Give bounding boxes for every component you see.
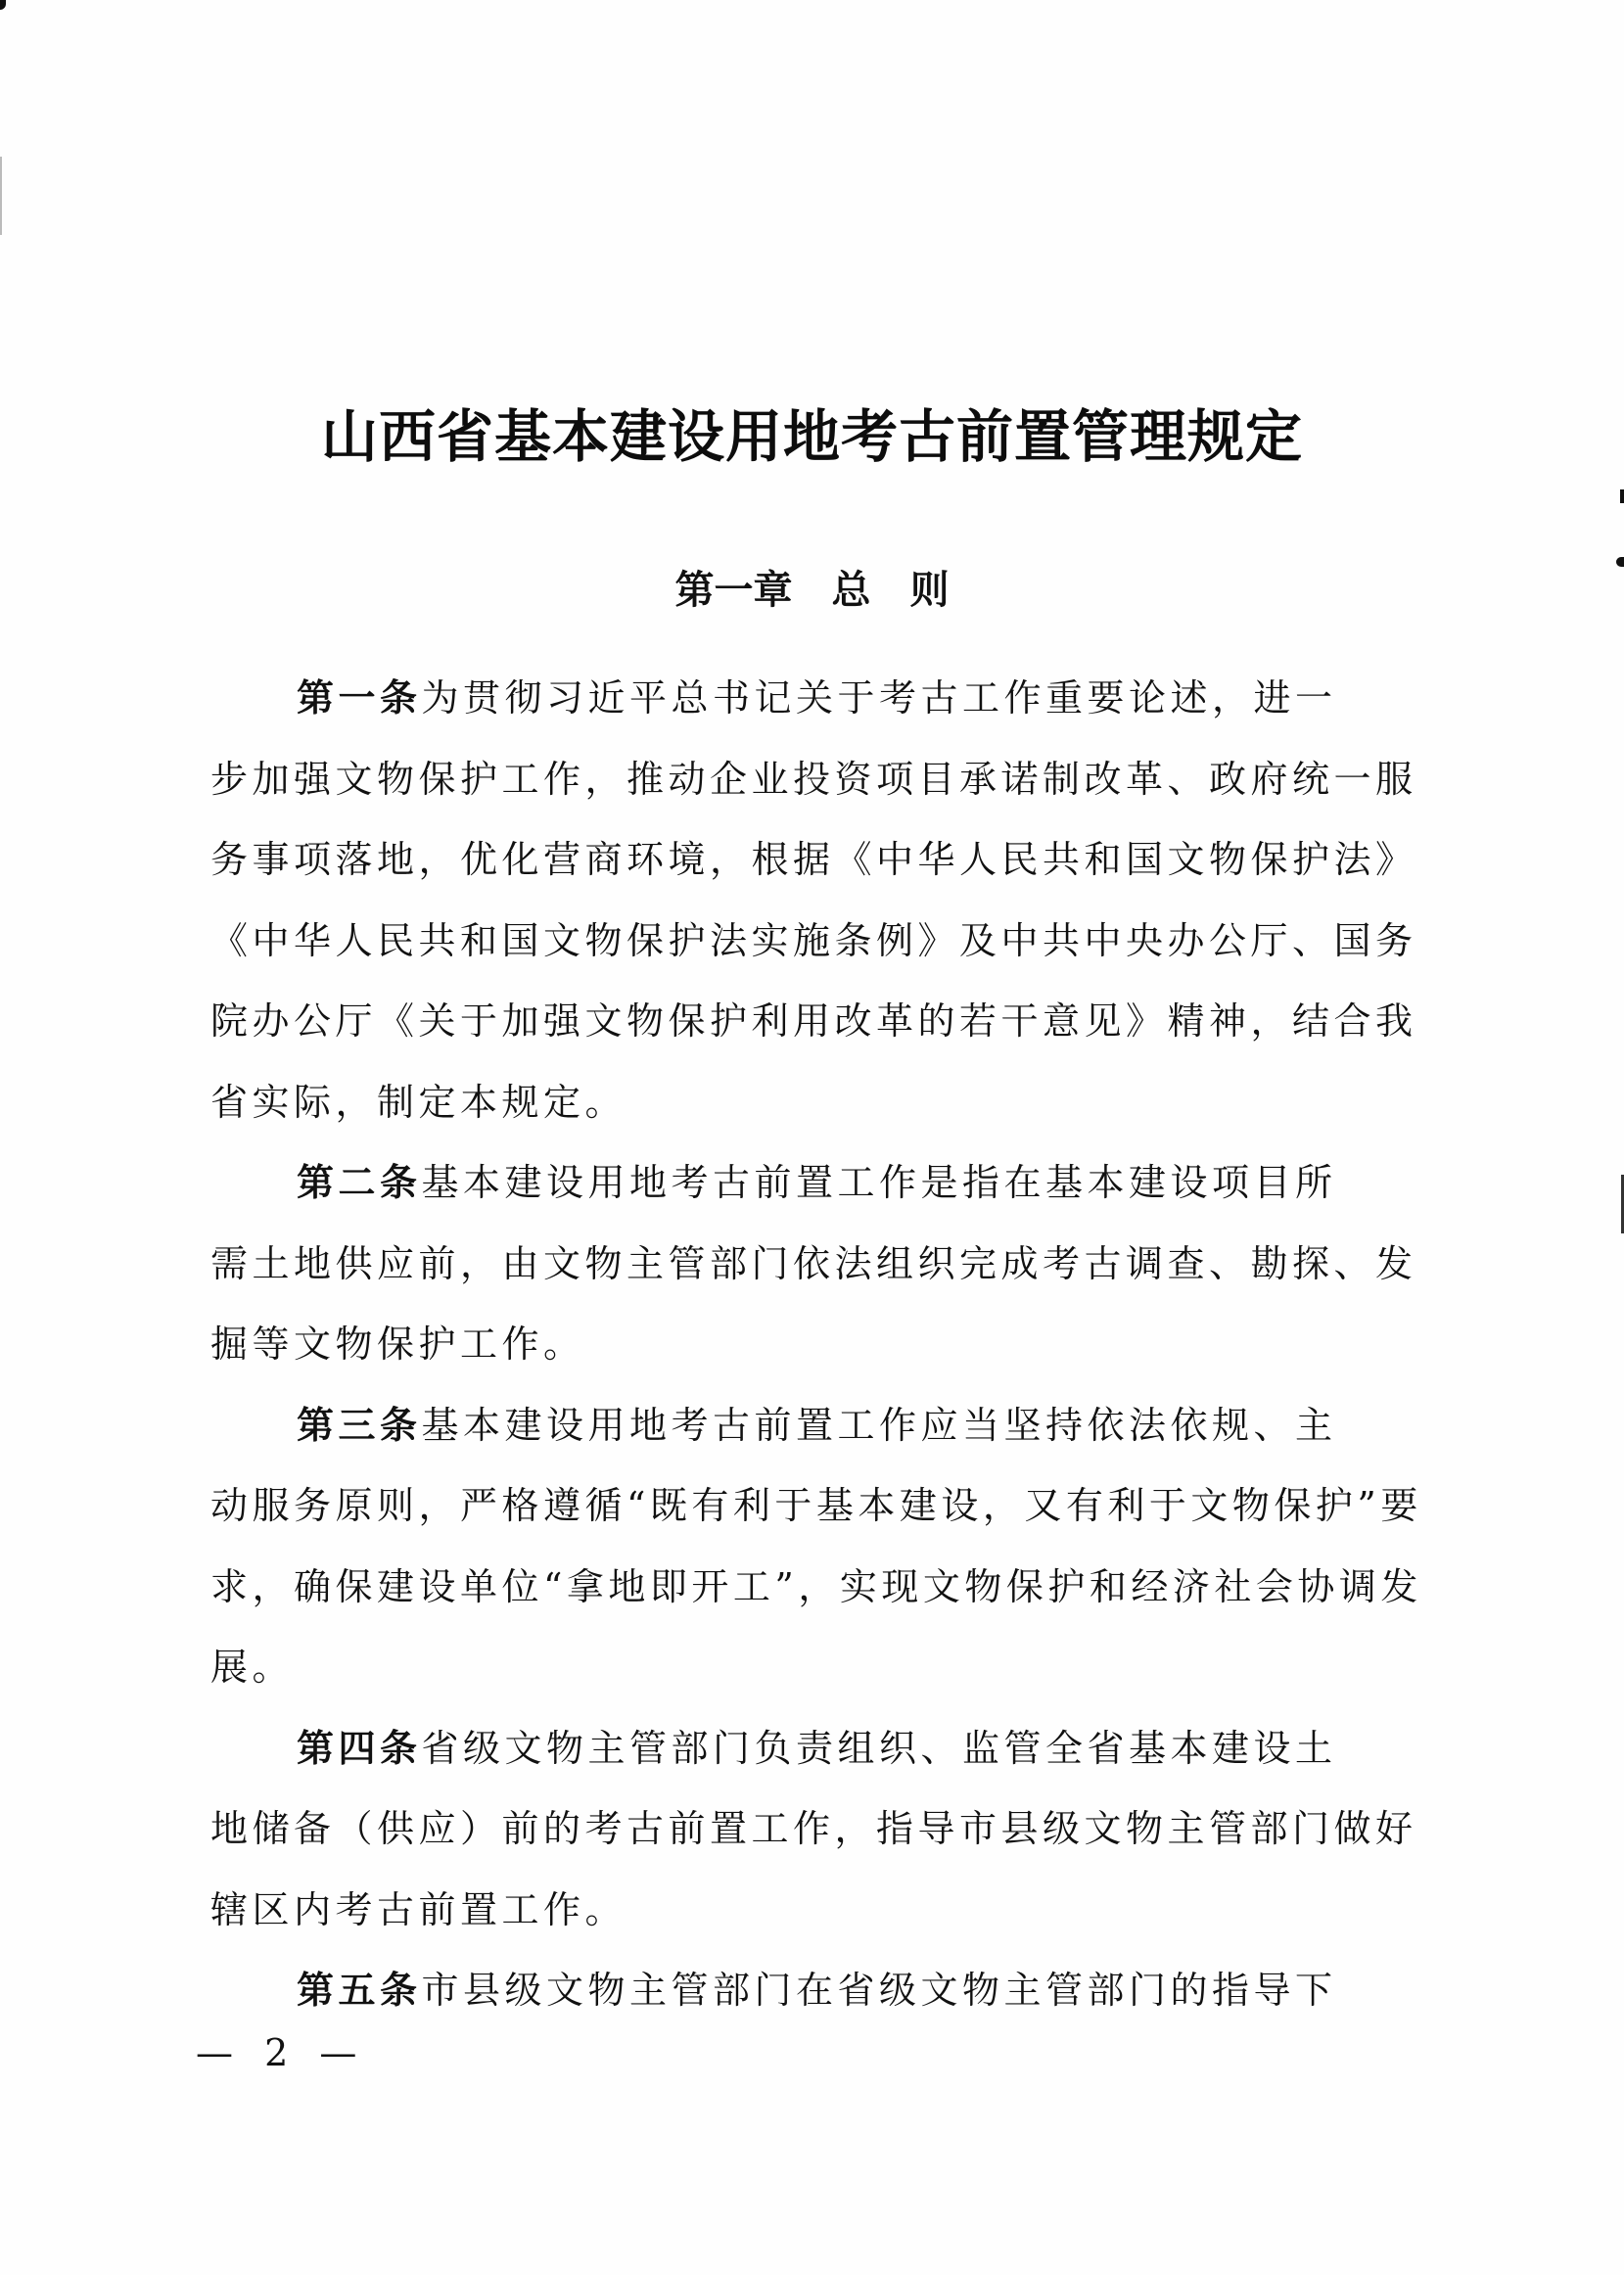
article-3: 第三条基本建设用地考古前置工作应当坚持依法依规、主 动服务原则，严格遵循“既有利… — [210, 1385, 1413, 1708]
document-page: 山西省基本建设用地考古前置管理规定 第一章总 则 第一条为贯彻习近平总书记关于考… — [0, 0, 1624, 2275]
article-line: 地储备（供应）前的考古前置工作，指导市县级文物主管部门做好 — [210, 1788, 1413, 1870]
article-2: 第二条基本建设用地考古前置工作是指在基本建设项目所 需土地供应前，由文物主管部门… — [210, 1142, 1413, 1385]
article-5: 第五条市县级文物主管部门在省级文物主管部门的指导下 — [210, 1950, 1413, 2031]
article-line: 第二条基本建设用地考古前置工作是指在基本建设项目所 — [210, 1142, 1413, 1224]
scan-artifact — [0, 157, 2, 235]
article-label: 第一条 — [297, 675, 422, 720]
article-line: 务事项落地，优化营商环境，根据《中华人民共和国文物保护法》 — [210, 819, 1413, 901]
document-title: 山西省基本建设用地考古前置管理规定 — [0, 402, 1624, 471]
article-4: 第四条省级文物主管部门负责组织、监管全省基本建设土 地储备（供应）前的考古前置工… — [210, 1708, 1413, 1951]
article-label: 第二条 — [297, 1160, 422, 1204]
chapter-number: 第一章 — [675, 568, 793, 613]
chapter-name: 总 则 — [832, 568, 950, 613]
article-line: 步加强文物保护工作，推动企业投资项目承诺制改革、政府统一服 — [210, 739, 1413, 820]
article-line: 动服务原则，严格遵循“既有利于基本建设，又有利于文物保护”要 — [210, 1465, 1413, 1547]
scan-artifact — [1620, 489, 1624, 503]
article-line: 省实际，制定本规定。 — [210, 1062, 1413, 1143]
document-body: 第一条为贯彻习近平总书记关于考古工作重要论述，进一 步加强文物保护工作，推动企业… — [210, 658, 1413, 2031]
article-line: 掘等文物保护工作。 — [210, 1304, 1413, 1385]
article-line: 求，确保建设单位“拿地即开工”，实现文物保护和经济社会协调发 — [210, 1547, 1413, 1628]
article-line: 辖区内考古前置工作。 — [210, 1870, 1413, 1951]
article-line: 第四条省级文物主管部门负责组织、监管全省基本建设土 — [210, 1708, 1413, 1789]
article-label: 第三条 — [297, 1403, 422, 1447]
article-line: 《中华人民共和国文物保护法实施条例》及中共中央办公厅、国务 — [210, 901, 1413, 982]
article-label: 第四条 — [297, 1726, 422, 1770]
article-line: 需土地供应前，由文物主管部门依法组织完成考古调查、勘探、发 — [210, 1224, 1413, 1305]
article-line: 第三条基本建设用地考古前置工作应当坚持依法依规、主 — [210, 1385, 1413, 1466]
article-line: 第一条为贯彻习近平总书记关于考古工作重要论述，进一 — [210, 658, 1413, 739]
article-line: 第五条市县级文物主管部门在省级文物主管部门的指导下 — [210, 1950, 1413, 2031]
article-line: 展。 — [210, 1627, 1413, 1708]
page-number: — 2 — — [196, 2028, 366, 2077]
article-label: 第五条 — [297, 1968, 422, 2012]
article-line: 院办公厅《关于加强文物保护利用改革的若干意见》精神，结合我 — [210, 981, 1413, 1062]
chapter-heading: 第一章总 则 — [0, 566, 1624, 615]
article-1: 第一条为贯彻习近平总书记关于考古工作重要论述，进一 步加强文物保护工作，推动企业… — [210, 658, 1413, 1142]
scan-artifact — [0, 0, 6, 10]
